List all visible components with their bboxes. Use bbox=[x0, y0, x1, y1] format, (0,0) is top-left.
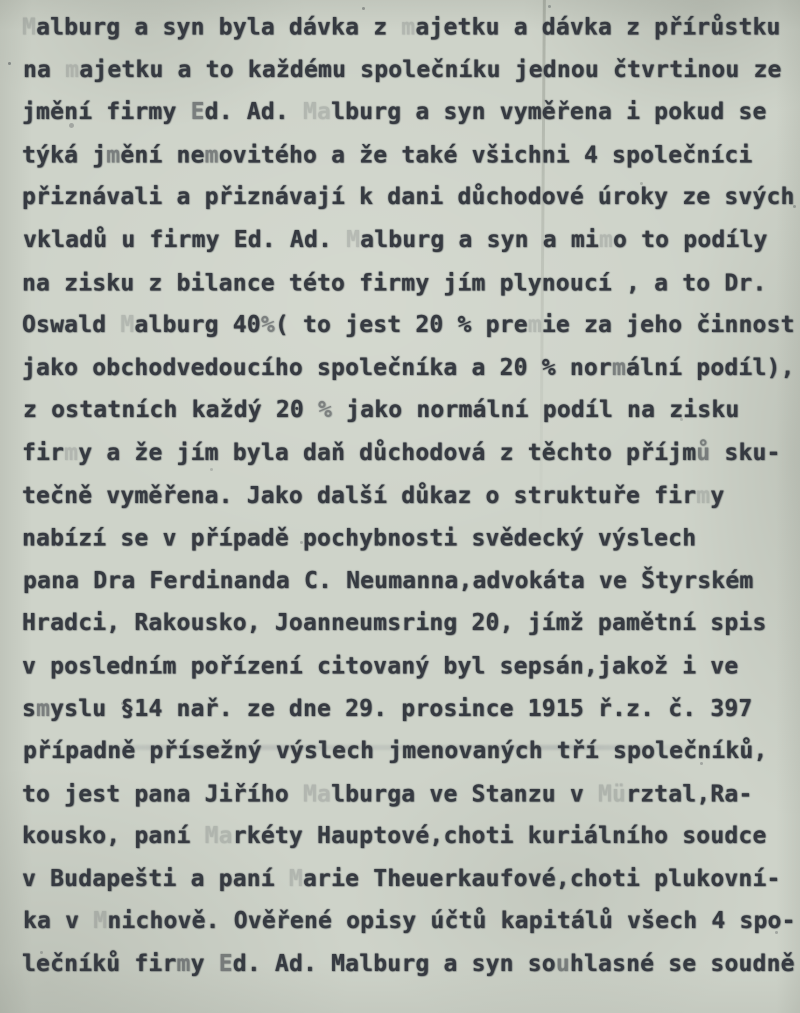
text-line: na majetku a to každému společníku jedno… bbox=[23, 49, 793, 92]
text-segment: to jest pana Jiřího bbox=[22, 781, 303, 807]
text-segment: ální podíl), bbox=[626, 355, 795, 381]
text-segment: E bbox=[191, 99, 205, 125]
text-segment: m bbox=[177, 951, 191, 977]
text-line: firmy a že jím byla daň důchodová z těch… bbox=[22, 432, 792, 475]
text-line: vkladů u firmy Ed. Ad. Malburg a syn a m… bbox=[23, 219, 793, 262]
text-line: případně přísežný výslech jmenovaných tř… bbox=[23, 730, 793, 773]
text-segment: s bbox=[22, 696, 36, 722]
text-line: to jest pana Jiřího Malburga ve Stanzu v… bbox=[22, 773, 792, 816]
text-segment: m bbox=[612, 355, 626, 381]
text-segment: % bbox=[318, 397, 332, 423]
text-segment: týká j bbox=[22, 142, 106, 168]
text-segment: M bbox=[346, 227, 360, 253]
text-line: týká jmění nemovitého a že také všichni … bbox=[22, 134, 792, 177]
text-segment: lečníků fir bbox=[22, 951, 177, 977]
text-segment: m bbox=[696, 483, 710, 509]
text-segment: na zisku z bilance této firmy jím plynou… bbox=[22, 270, 767, 296]
text-segment: m bbox=[401, 15, 415, 41]
text-segment: m bbox=[599, 227, 613, 253]
text-segment: u bbox=[556, 951, 570, 977]
text-segment: lburga ve Stanzu v bbox=[331, 781, 598, 807]
text-segment: y a že jím byla daň důchodová z těchto p… bbox=[78, 440, 696, 466]
text-line: na zisku z bilance této firmy jím plynou… bbox=[22, 262, 792, 305]
document-page: Malburg a syn byla dávka z majetku a dáv… bbox=[0, 0, 800, 1013]
text-segment: tečně vyměřena. Jako další důkaz o struk… bbox=[22, 483, 696, 509]
text-segment: m bbox=[65, 57, 79, 83]
text-segment: y bbox=[710, 483, 724, 509]
text-segment: Hradci, Rakousko, Joanneumsring 20, jímž… bbox=[22, 610, 767, 636]
text-line: smyslu §14 nař. ze dne 29. prosince 1915… bbox=[22, 688, 792, 731]
text-line: z ostatních každý 20 % jako normální pod… bbox=[23, 389, 793, 432]
text-segment: yslu §14 nař. ze dne 29. prosince 1915 ř… bbox=[50, 696, 752, 722]
text-segment: M bbox=[120, 312, 134, 338]
text-segment: rkéty Hauptové,choti kuriálního soudce bbox=[233, 823, 767, 849]
text-line: Malburg a syn byla dávka z majetku a dáv… bbox=[22, 7, 792, 50]
text-segment: Ma bbox=[303, 99, 331, 125]
typewritten-text: Malburg a syn byla dávka z majetku a dáv… bbox=[22, 6, 792, 986]
text-segment: jako obchodvedoucího společníka a 20 % n… bbox=[22, 355, 612, 381]
text-segment: m bbox=[528, 312, 542, 338]
text-segment: nabízí se v případě pochybnosti svědecký… bbox=[22, 526, 696, 552]
text-segment: ( to jest 20 % pre bbox=[275, 312, 528, 338]
text-line: pana Dra Ferdinanda C. Neumanna,advokáta… bbox=[23, 560, 793, 603]
paper-specks bbox=[0, 0, 3, 3]
text-segment: ajetku a dávka z přírůstku bbox=[415, 15, 780, 41]
text-segment: případně přísežný výslech jmenovaných tř… bbox=[23, 738, 768, 764]
text-segment: m bbox=[205, 142, 219, 168]
text-segment: o to podíly bbox=[613, 227, 768, 253]
text-segment: fir bbox=[22, 440, 64, 466]
text-line: přiznávali a přiznávají k dani důchodové… bbox=[22, 176, 792, 219]
text-segment: m bbox=[106, 142, 120, 168]
text-segment: pana Dra Ferdinanda C. Neumanna,advokáta… bbox=[23, 568, 753, 594]
text-segment: v Budapešti a paní bbox=[22, 866, 289, 892]
text-segment: M bbox=[93, 908, 107, 934]
text-segment: d. Ad. bbox=[205, 99, 303, 125]
text-segment: y bbox=[191, 951, 219, 977]
text-segment: alburg 40 bbox=[134, 312, 260, 338]
text-segment: ění ne bbox=[120, 142, 204, 168]
text-segment: ovitého a že také všichni 4 společníci bbox=[219, 142, 753, 168]
text-segment: alburg a syn byla dávka z bbox=[36, 15, 401, 41]
text-segment: nichově. Ověřené opisy účtů kapitálů vše… bbox=[107, 908, 795, 934]
text-segment: na bbox=[23, 57, 65, 83]
text-segment: kousko, paní bbox=[22, 823, 205, 849]
text-segment: M bbox=[22, 15, 36, 41]
text-segment: jmění firmy bbox=[22, 99, 191, 125]
text-segment: ka v bbox=[23, 908, 93, 934]
text-segment: E bbox=[219, 951, 233, 977]
text-segment: M bbox=[289, 866, 303, 892]
text-segment: m bbox=[36, 696, 50, 722]
text-segment: z ostatních každý 20 bbox=[23, 397, 318, 423]
text-segment: % bbox=[261, 312, 275, 338]
text-segment: lburg a syn vyměřena i pokud se bbox=[331, 99, 766, 125]
text-line: jmění firmy Ed. Ad. Malburg a syn vyměře… bbox=[22, 91, 792, 134]
text-segment: ie za jeho činnost bbox=[542, 312, 795, 338]
text-segment: alburg a syn a mi bbox=[360, 227, 599, 253]
text-line: Hradci, Rakousko, Joanneumsring 20, jímž… bbox=[22, 602, 792, 645]
text-segment: Ma bbox=[205, 823, 233, 849]
text-line: jako obchodvedoucího společníka a 20 % n… bbox=[22, 347, 792, 390]
text-segment: Mü bbox=[598, 781, 626, 807]
text-segment: v posledním pořízení citovaný byl sepsán… bbox=[22, 653, 738, 679]
text-line: ka v Mnichově. Ověřené opisy účtů kapitá… bbox=[23, 900, 793, 943]
text-segment: Ma bbox=[303, 781, 331, 807]
text-segment: d. Ad. Malburg a syn so bbox=[233, 951, 556, 977]
text-line: kousko, paní Markéty Hauptové,choti kuri… bbox=[22, 815, 792, 858]
text-line: lečníků firmy Ed. Ad. Malburg a syn souh… bbox=[22, 943, 792, 986]
text-line: nabízí se v případě pochybnosti svědecký… bbox=[22, 518, 792, 561]
text-segment: hlasné se soudně bbox=[570, 951, 795, 977]
text-segment: ajetku a to každému společníku jednou čt… bbox=[79, 57, 781, 83]
text-segment: vkladů u firmy Ed. Ad. bbox=[23, 227, 346, 253]
text-segment: arie Theuerkaufové,choti plukovní- bbox=[303, 866, 781, 892]
text-segment: sku- bbox=[710, 440, 780, 466]
text-segment: přiznávali a přiznávají k dani důchodové… bbox=[22, 184, 795, 210]
text-line: tečně vyměřena. Jako další důkaz o struk… bbox=[22, 475, 792, 518]
text-segment: jako normální podíl na zisku bbox=[332, 397, 739, 423]
text-line: Oswald Malburg 40%( to jest 20 % premie … bbox=[22, 304, 792, 347]
text-segment: Oswald bbox=[22, 312, 120, 338]
text-segment: rztal,Ra- bbox=[626, 781, 752, 807]
text-segment: ů bbox=[696, 440, 710, 466]
text-segment: m bbox=[64, 440, 78, 466]
text-line: v posledním pořízení citovaný byl sepsán… bbox=[22, 645, 792, 688]
text-line: v Budapešti a paní Marie Theuerkaufové,c… bbox=[22, 858, 792, 901]
